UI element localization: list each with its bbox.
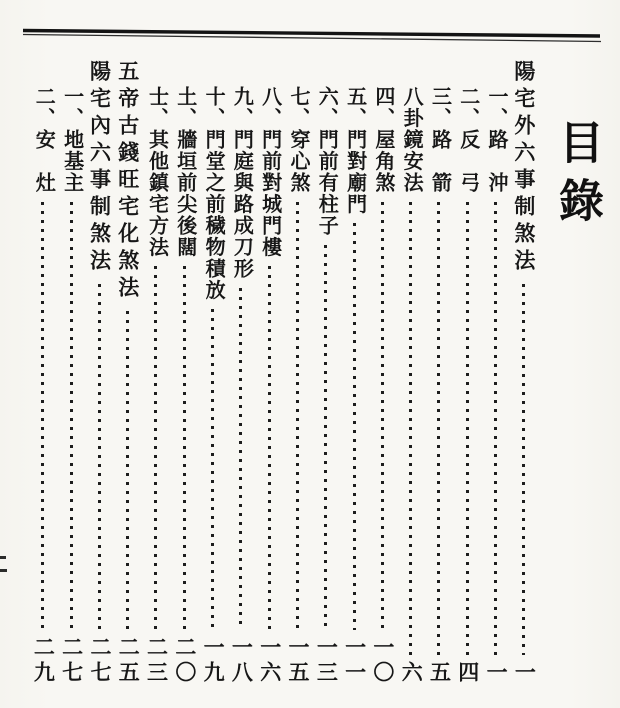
toc-entry: 一、地基主 二七 bbox=[57, 57, 85, 694]
title-column: 目錄 bbox=[538, 57, 603, 694]
toc-entry-page-number: 二〇 bbox=[173, 636, 196, 686]
toc-entry-page-number: 二九 bbox=[31, 636, 54, 686]
dotted-leader bbox=[126, 311, 129, 630]
toc-entry-label: 八卦鏡安法 bbox=[399, 86, 422, 194]
toc-entry-page-number: 一六 bbox=[258, 636, 281, 686]
toc-entry-page-number: 一五 bbox=[286, 636, 309, 686]
dotted-leader bbox=[211, 309, 214, 630]
toc-entry-page-number: 一 bbox=[512, 661, 535, 686]
toc-entry-page-number: 一八 bbox=[229, 636, 252, 686]
toc-entry-label: 五帝古錢旺宅化煞法 bbox=[116, 60, 140, 303]
toc-entry-label: 八、門前對城門樓 bbox=[258, 86, 281, 258]
toc-entry-page-number: 四 bbox=[456, 661, 479, 686]
dotted-leader bbox=[466, 202, 469, 656]
toc-entry-label: 二、安 灶 bbox=[31, 86, 54, 194]
toc-entry: 二、反 弓 四 bbox=[453, 57, 481, 694]
toc-entry-label: 七、穿心煞 bbox=[286, 86, 309, 194]
page-edge-artifact bbox=[0, 569, 7, 572]
toc-entry-page-number: 二三 bbox=[144, 636, 167, 686]
dotted-leader bbox=[239, 288, 242, 631]
toc-entry-page-number: 一〇 bbox=[371, 636, 394, 686]
dotted-leader bbox=[268, 266, 271, 630]
toc-entry-label: 二、反 弓 bbox=[456, 86, 479, 194]
dotted-leader bbox=[98, 284, 101, 630]
dotted-leader bbox=[324, 245, 327, 631]
double-rule bbox=[0, 0, 620, 50]
toc-entry: 六、門前有柱子 一三 bbox=[312, 57, 340, 694]
toc-entry-page-number: 二七 bbox=[88, 636, 111, 686]
toc-entry: 土、牆垣前尖後闊 二〇 bbox=[170, 57, 198, 694]
toc-entry: 陽宅外六事制煞法 一 bbox=[510, 57, 538, 694]
toc-entry: 陽宅內六事制煞法 二七 bbox=[85, 57, 113, 694]
dotted-leader bbox=[494, 202, 497, 656]
toc-entry-page-number: 一 bbox=[484, 661, 507, 686]
toc-entry: 士、其他鎮宅方法 二三 bbox=[142, 57, 170, 694]
toc-entry-label: 陽宅內六事制煞法 bbox=[87, 60, 111, 276]
toc-entry-label: 四、屋角煞 bbox=[371, 86, 394, 194]
toc-entry: 八、門前對城門樓 一六 bbox=[255, 57, 283, 694]
table-of-contents: 目錄 陽宅外六事制煞法 一 一、路 沖 一 二、反 弓 四 三、路 箭 五 八卦… bbox=[28, 57, 603, 694]
toc-entry-label: 五、門對廟門 bbox=[343, 86, 366, 215]
toc-entry: 八卦鏡安法 六 bbox=[397, 57, 425, 694]
dotted-leader bbox=[154, 266, 157, 630]
toc-entry-page-number: 二五 bbox=[116, 636, 139, 686]
toc-entry-page-number: 一九 bbox=[201, 636, 224, 686]
toc-entry: 五、門對廟門 一一 bbox=[340, 57, 368, 694]
toc-entry-label: 士、其他鎮宅方法 bbox=[144, 86, 167, 258]
toc-entry-label: 十、門堂之前穢物積放 bbox=[201, 86, 224, 301]
toc-entry-label: 六、門前有柱子 bbox=[314, 86, 337, 237]
toc-entry-page-number: 一一 bbox=[343, 636, 366, 686]
page-edge-artifact bbox=[0, 556, 6, 559]
toc-entry: 二、安 灶 二九 bbox=[29, 57, 57, 694]
toc-entry-page-number: 六 bbox=[399, 661, 422, 686]
toc-entry-page-number: 一三 bbox=[314, 636, 337, 686]
toc-entry: 五帝古錢旺宅化煞法 二五 bbox=[114, 57, 142, 694]
dotted-leader bbox=[41, 202, 44, 631]
dotted-leader bbox=[70, 202, 73, 631]
scanned-page: 目錄 陽宅外六事制煞法 一 一、路 沖 一 二、反 弓 四 三、路 箭 五 八卦… bbox=[0, 0, 620, 708]
toc-entry: 四、屋角煞 一〇 bbox=[368, 57, 396, 694]
toc-entry-page-number: 二七 bbox=[60, 636, 83, 686]
dotted-leader bbox=[353, 223, 356, 630]
toc-entry-label: 三、路 箭 bbox=[427, 86, 450, 194]
dotted-leader bbox=[381, 202, 384, 631]
toc-entry: 十、門堂之前穢物積放 一九 bbox=[198, 57, 226, 694]
dotted-leader bbox=[437, 202, 440, 656]
toc-entry: 一、路 沖 一 bbox=[481, 57, 509, 694]
toc-entry-label: 一、路 沖 bbox=[484, 86, 507, 194]
toc-entry-label: 土、牆垣前尖後闊 bbox=[173, 86, 196, 258]
toc-entry: 九、門庭與路成刀形 一八 bbox=[227, 57, 255, 694]
toc-entry: 七、穿心煞 一五 bbox=[283, 57, 311, 694]
toc-entry-label: 九、門庭與路成刀形 bbox=[229, 86, 252, 280]
toc-entry-label: 一、地基主 bbox=[60, 86, 83, 194]
dotted-leader bbox=[522, 284, 525, 655]
toc-entry: 三、路 箭 五 bbox=[425, 57, 453, 694]
dotted-leader bbox=[409, 202, 412, 656]
toc-entry-label: 陽宅外六事制煞法 bbox=[512, 60, 536, 276]
dotted-leader bbox=[296, 202, 299, 631]
page-title: 目錄 bbox=[553, 119, 600, 235]
dotted-leader bbox=[183, 266, 186, 630]
toc-entry-page-number: 五 bbox=[427, 661, 450, 686]
